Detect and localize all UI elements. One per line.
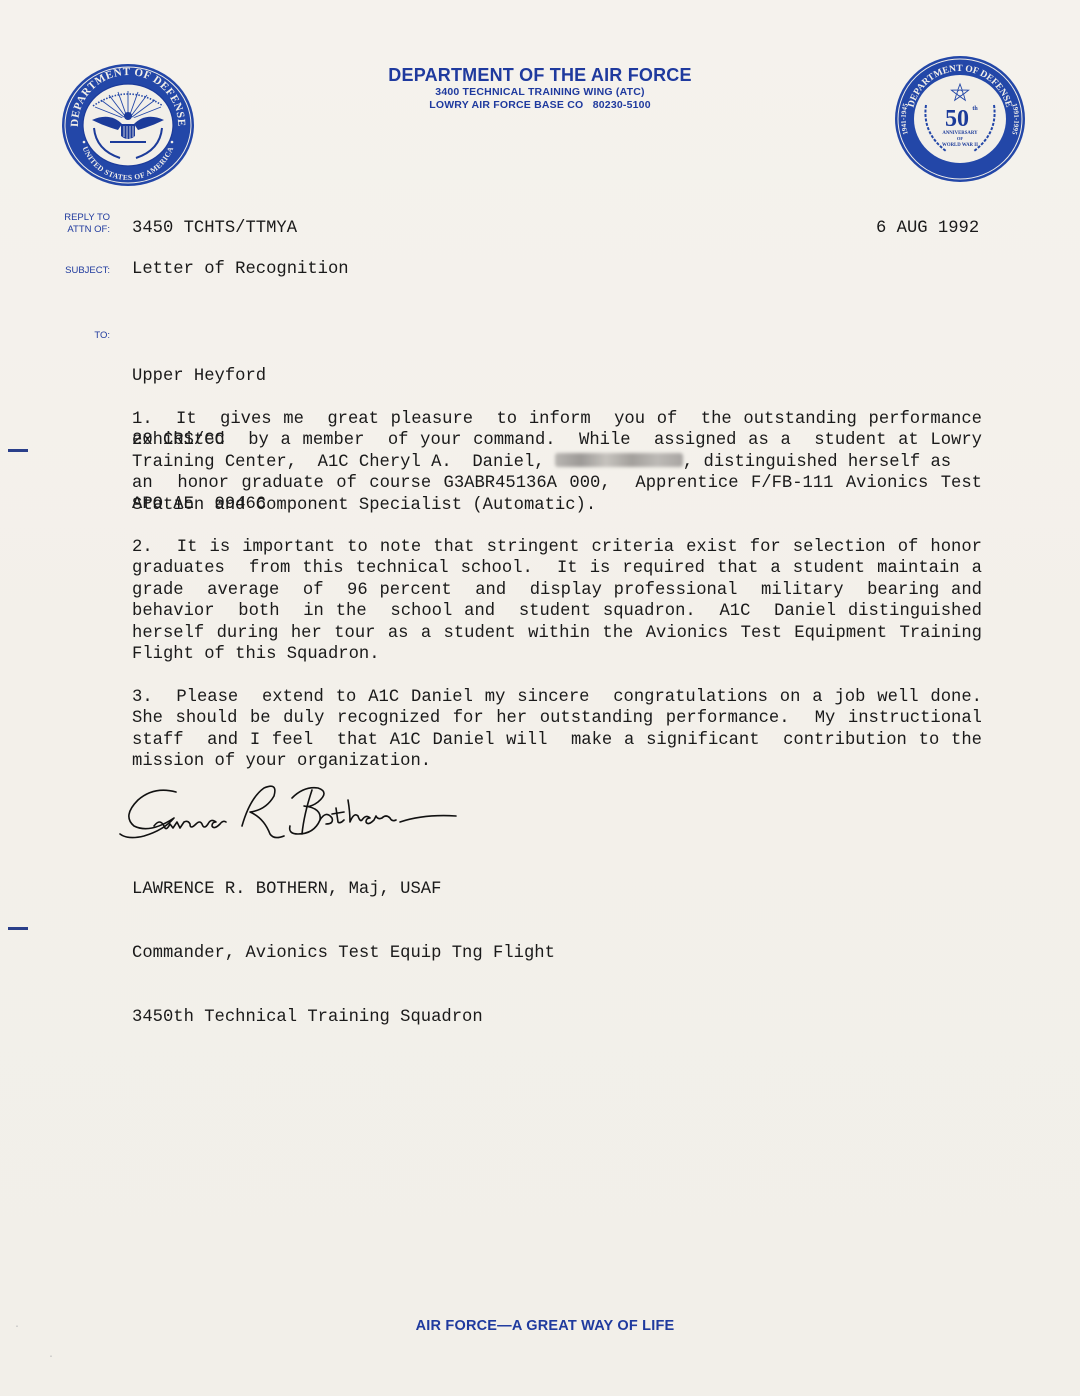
paragraph-line-segment: , distinguished herself as <box>683 453 951 472</box>
paragraph-line: 2. It is important to note that stringen… <box>132 537 982 558</box>
signer-title: Commander, Avionics Test Equip Tng Fligh… <box>132 943 555 964</box>
paper-speck: · <box>48 1352 54 1363</box>
dod-seal-icon: DEPARTMENT OF DEFENSE UNITED STATES OF A… <box>60 62 196 188</box>
paragraph-line: Station and Component Specialist (Automa… <box>132 495 982 516</box>
body-paragraph-1: 1. It gives me great pleasure to inform … <box>132 409 982 516</box>
letterhead-unit: 3400 TECHNICAL TRAINING WING (ATC) <box>340 86 740 99</box>
letter-page: DEPARTMENT OF DEFENSE UNITED STATES OF A… <box>0 0 1080 1396</box>
paragraph-line: herself during her tour as a student wit… <box>132 623 982 644</box>
letterhead-organization: DEPARTMENT OF THE AIR FORCE <box>340 64 740 86</box>
reply-to-label-line1: REPLY TO <box>48 212 110 224</box>
redacted-ssn <box>555 453 683 467</box>
fold-mark <box>8 927 28 930</box>
fold-mark <box>8 449 28 452</box>
reply-to-value: 3450 TCHTS/TTMYA <box>132 218 297 239</box>
signer-unit: 3450th Technical Training Squadron <box>132 1007 555 1028</box>
paragraph-line: 1. It gives me great pleasure to inform … <box>132 409 982 430</box>
to-address-line: Upper Heyford <box>132 366 266 387</box>
signer-name: LAWRENCE R. BOTHERN, Maj, USAF <box>132 879 555 900</box>
paragraph-line: She should be duly recognized for her ou… <box>132 708 982 729</box>
paragraph-line: mission of your organization. <box>132 751 982 772</box>
reply-to-label-line2: ATTN OF: <box>48 224 110 236</box>
svg-text:th: th <box>972 106 978 112</box>
to-label: TO: <box>48 330 110 342</box>
paper-speck: · <box>14 1322 20 1333</box>
subject-label: SUBJECT: <box>48 265 110 277</box>
subject-value: Letter of Recognition <box>132 259 349 280</box>
footer-motto: AIR FORCE—A GREAT WAY OF LIFE <box>340 1318 750 1334</box>
letterhead-address: LOWRY AIR FORCE BASE CO 80230-5100 <box>340 99 740 112</box>
paragraph-line: Training Center, A1C Cheryl A. Daniel, ,… <box>132 452 982 473</box>
wwii-50th-anniversary-seal-icon: DEPARTMENT OF DEFENSE COMMEMORATION 1941… <box>894 55 1026 183</box>
letter-date: 6 AUG 1992 <box>876 218 979 239</box>
paragraph-line: graduates from this technical school. It… <box>132 558 982 579</box>
body-paragraph-3: 3. Please extend to A1C Daniel my sincer… <box>132 687 982 773</box>
svg-text:WORLD WAR II: WORLD WAR II <box>942 143 978 148</box>
paragraph-line: staff and I feel that A1C Daniel will ma… <box>132 730 982 751</box>
paragraph-line: 3. Please extend to A1C Daniel my sincer… <box>132 687 982 708</box>
paragraph-line: Flight of this Squadron. <box>132 644 982 665</box>
svg-text:50: 50 <box>945 106 969 132</box>
paragraph-line: behavior both in the school and student … <box>132 601 982 622</box>
paragraph-line: exhibited by a member of your command. W… <box>132 430 982 451</box>
letterhead: DEPARTMENT OF THE AIR FORCE 3400 TECHNIC… <box>340 64 740 112</box>
reply-to-label: REPLY TO ATTN OF: <box>48 212 110 236</box>
paragraph-line: an honor graduate of course G3ABR45136A … <box>132 473 982 494</box>
signature-block: LAWRENCE R. BOTHERN, Maj, USAF Commander… <box>132 836 555 1071</box>
paragraph-line: grade average of 96 percent and display … <box>132 580 982 601</box>
svg-text:OF: OF <box>957 136 964 141</box>
paragraph-line-segment: Training Center, A1C Cheryl A. Daniel, <box>132 453 545 472</box>
body-paragraph-2: 2. It is important to note that stringen… <box>132 537 982 665</box>
